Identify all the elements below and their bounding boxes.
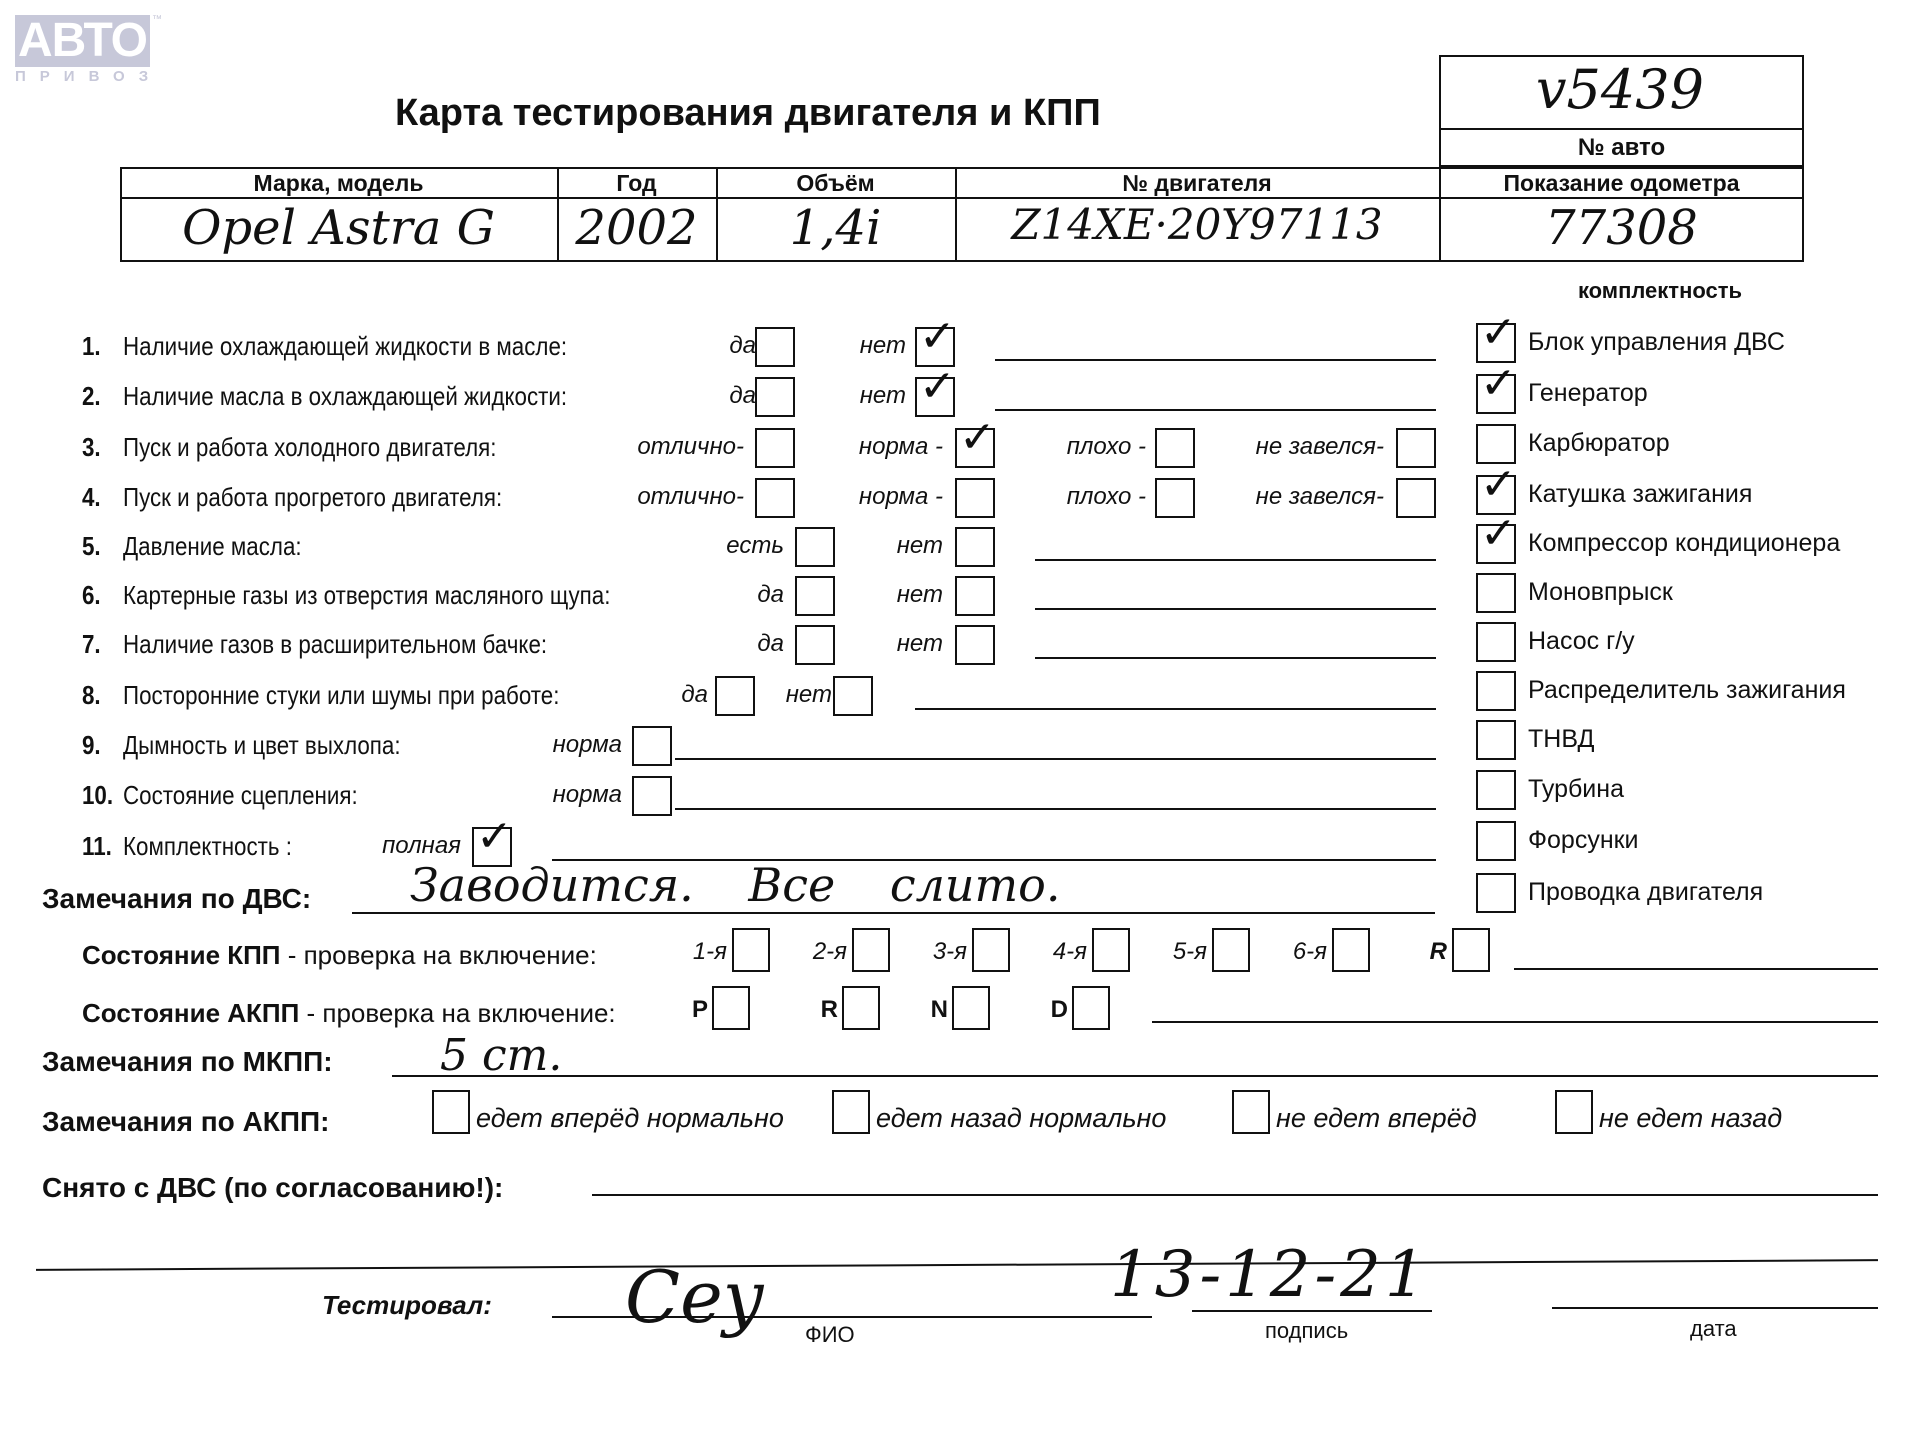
odometer-value[interactable]: 77308 (1439, 200, 1804, 256)
gear-label: 2-я (813, 938, 847, 966)
checklist-number: 1. (82, 331, 101, 362)
completeness-item-label: Форсунки (1528, 826, 1639, 855)
manual-remarks-line (392, 1075, 1878, 1077)
check-mark-icon: ✓ (1480, 362, 1517, 406)
checklist-option-checkbox[interactable] (955, 527, 995, 567)
gear-label: 3-я (933, 938, 967, 966)
checklist-notes-line[interactable] (1035, 608, 1436, 610)
gear-checkbox[interactable] (842, 986, 880, 1030)
gear-checkbox[interactable] (1092, 928, 1130, 972)
auto-remarks-label: Замечания по АКПП: (42, 1106, 329, 1138)
checklist-option-label: не завелся- (1256, 483, 1384, 511)
checklist-question: Наличие масла в охлаждающей жидкости: (123, 381, 567, 412)
gear-checkbox[interactable] (1332, 928, 1370, 972)
gear-label: 4-я (1053, 938, 1087, 966)
signature-label: подпись (1265, 1318, 1348, 1344)
completeness-checkbox[interactable] (1476, 821, 1516, 861)
checklist-option-label: отлично- (637, 483, 744, 511)
gear-checkbox[interactable] (852, 928, 890, 972)
checklist-question: Наличие охлаждающей жидкости в масле: (123, 331, 567, 362)
logo: АВТО (15, 15, 150, 67)
column-header-volume: Объём (716, 170, 955, 197)
engine-remarks-label: Замечания по ДВС: (42, 883, 311, 915)
check-mark-icon: ✓ (1480, 512, 1517, 556)
checklist-option-label: нет (786, 681, 832, 709)
checklist-option-checkbox[interactable]: ✓ (955, 428, 995, 468)
check-mark-icon: ✓ (1480, 463, 1517, 507)
auto-remark-checkbox[interactable] (1232, 1090, 1270, 1134)
manual-gearbox-label-rest: - проверка на включение: (281, 940, 597, 970)
completeness-checkbox[interactable] (1476, 573, 1516, 613)
check-mark-icon: ✓ (959, 416, 996, 460)
checklist-question: Посторонние стуки или шумы при работе: (123, 680, 559, 711)
gear-label: 5-я (1173, 938, 1207, 966)
checklist-option-label: плохо - (1067, 433, 1146, 461)
checklist-option-checkbox[interactable] (955, 478, 995, 518)
completeness-checkbox[interactable] (1476, 424, 1516, 464)
completeness-checkbox[interactable]: ✓ (1476, 374, 1516, 414)
auto-remark-checkbox[interactable] (432, 1090, 470, 1134)
checklist-option-label: нет (897, 581, 943, 609)
checklist-number: 2. (82, 381, 101, 412)
removed-line[interactable] (592, 1194, 1878, 1196)
completeness-checkbox[interactable]: ✓ (1476, 524, 1516, 564)
checklist-option-label: да (681, 681, 708, 709)
completeness-checkbox[interactable] (1476, 873, 1516, 913)
checklist-notes-line[interactable] (915, 708, 1436, 710)
checklist-option-label: норма (553, 781, 622, 809)
checklist-option-checkbox[interactable] (1396, 478, 1436, 518)
checklist-option-label: не завелся- (1256, 433, 1384, 461)
auto-remark-label: едет назад нормально (876, 1103, 1166, 1134)
model-value[interactable]: Opel Astra G (120, 200, 557, 256)
checklist-option-checkbox[interactable] (755, 428, 795, 468)
manual-remarks-value[interactable]: 5 ст. (440, 1030, 562, 1081)
car-number-value[interactable]: v5439 (1490, 58, 1750, 121)
checklist-notes-line[interactable] (1035, 657, 1436, 659)
checklist-option-label: нет (897, 630, 943, 658)
checklist-option-checkbox[interactable] (955, 576, 995, 616)
checklist-number: 5. (82, 531, 101, 562)
completeness-checkbox[interactable]: ✓ (1476, 323, 1516, 363)
checklist-option-label: полная (382, 832, 461, 860)
removed-line-2[interactable] (36, 1259, 1878, 1271)
auto-gearbox-label-rest: - проверка на включение: (299, 998, 615, 1028)
engine-remarks-value[interactable]: Заводится. Все слито. (410, 858, 1060, 912)
checklist-option-label: да (757, 630, 784, 658)
completeness-item-label: Проводка двигателя (1528, 878, 1763, 907)
logo-subtext: ПРИВОЗ (15, 68, 155, 85)
gear-label: D (1051, 996, 1068, 1024)
auto-remark-checkbox[interactable] (1555, 1090, 1593, 1134)
gear-checkbox[interactable] (1212, 928, 1250, 972)
checklist-number: 8. (82, 680, 101, 711)
divider (1439, 128, 1804, 130)
volume-value[interactable]: 1,4i (716, 200, 955, 256)
checklist-option-label: нет (860, 382, 906, 410)
engine-number-value[interactable]: Z14XE·20Y97113 (955, 200, 1439, 249)
page-title: Карта тестирования двигателя и КПП (395, 92, 1101, 135)
checklist-option-checkbox[interactable] (755, 327, 795, 367)
checklist-number: 6. (82, 580, 101, 611)
checklist-option-label: плохо - (1067, 483, 1146, 511)
completeness-checkbox[interactable] (1476, 770, 1516, 810)
checklist-option-checkbox[interactable] (833, 676, 873, 716)
checklist-option-checkbox[interactable] (715, 676, 755, 716)
checklist-option-label: да (757, 581, 784, 609)
gear-checkbox[interactable] (952, 986, 990, 1030)
checklist-option-checkbox[interactable] (955, 625, 995, 665)
gear-label: P (692, 996, 708, 1024)
checklist-option-checkbox[interactable] (795, 576, 835, 616)
check-mark-icon: ✓ (1480, 311, 1517, 355)
checklist-notes-line[interactable] (675, 808, 1436, 810)
checklist-notes-line[interactable] (1035, 559, 1436, 561)
tester-signature[interactable]: Сеу (625, 1255, 764, 1339)
checklist-number: 9. (82, 730, 101, 761)
date-line[interactable] (1552, 1307, 1878, 1309)
checklist-question: Пуск и работа холодного двигателя: (123, 432, 496, 463)
checklist-question: Картерные газы из отверстия масляного щу… (123, 580, 610, 611)
completeness-item-label: Генератор (1528, 379, 1648, 408)
auto-gearbox-label-bold: Состояние АКПП (82, 998, 299, 1028)
manual-remarks-label: Замечания по МКПП: (42, 1046, 333, 1078)
manual-gearbox-line (1514, 968, 1878, 970)
year-value[interactable]: 2002 (557, 200, 716, 256)
checklist-option-checkbox[interactable]: ✓ (915, 377, 955, 417)
checklist-option-label: нет (897, 532, 943, 560)
check-mark-icon: ✓ (476, 815, 513, 859)
checklist-option-label: есть (726, 532, 784, 560)
manual-gearbox-label: Состояние КПП - проверка на включение: (82, 940, 597, 971)
check-mark-icon: ✓ (919, 365, 956, 409)
gear-label: R (821, 996, 838, 1024)
checklist-question: Пуск и работа прогретого двигателя: (123, 482, 502, 513)
auto-gearbox-line (1152, 1021, 1878, 1023)
gear-checkbox[interactable] (1452, 928, 1490, 972)
completeness-item-label: ТНВД (1528, 725, 1594, 754)
column-header-odometer: Показание одометра (1439, 170, 1804, 197)
checklist-option-label: норма (553, 731, 622, 759)
date-label: дата (1690, 1316, 1737, 1342)
completeness-item-label: Насос г/у (1528, 627, 1635, 656)
checklist-option-checkbox[interactable] (755, 377, 795, 417)
car-number-label: № авто (1439, 134, 1804, 162)
divider (120, 197, 1804, 199)
completeness-item-label: Распределитель зажигания (1528, 676, 1846, 705)
checklist-number: 3. (82, 432, 101, 463)
checklist-option-checkbox[interactable] (1155, 478, 1195, 518)
checklist-option-checkbox[interactable] (632, 776, 672, 816)
auto-remark-label: едет вперёд нормально (476, 1103, 784, 1134)
checklist-question: Давление масла: (123, 531, 302, 562)
completeness-checkbox[interactable] (1476, 671, 1516, 711)
fio-label: ФИО (805, 1322, 855, 1348)
gear-label: R (1430, 938, 1447, 966)
removed-label: Снято с ДВС (по согласованию!): (42, 1172, 503, 1204)
checklist-number: 11. (82, 831, 112, 862)
gear-checkbox[interactable] (972, 928, 1010, 972)
auto-gearbox-label: Состояние АКПП - проверка на включение: (82, 998, 616, 1029)
completeness-item-label: Катушка зажигания (1528, 480, 1752, 509)
checklist-option-label: да (729, 382, 756, 410)
gear-checkbox[interactable] (1072, 986, 1110, 1030)
checklist-number: 7. (82, 629, 101, 660)
completeness-item-label: Карбюратор (1528, 429, 1670, 458)
checklist-option-label: отлично- (637, 433, 744, 461)
check-mark-icon: ✓ (919, 315, 956, 359)
column-header-year: Год (557, 170, 716, 197)
checklist-option-checkbox[interactable] (795, 527, 835, 567)
gear-label: 1-я (693, 938, 727, 966)
logo-trademark: ™ (152, 14, 162, 25)
manual-gearbox-label-bold: Состояние КПП (82, 940, 281, 970)
checklist-option-label: да (729, 332, 756, 360)
checklist-option-label: норма - (859, 483, 943, 511)
checklist-question: Комплектность : (123, 831, 292, 862)
auto-remark-label: не едет назад (1599, 1103, 1782, 1134)
checklist-option-label: нет (860, 332, 906, 360)
checklist-option-checkbox[interactable] (1155, 428, 1195, 468)
completeness-item-label: Турбина (1528, 775, 1624, 804)
gear-checkbox[interactable] (712, 986, 750, 1030)
checklist-option-checkbox[interactable] (632, 726, 672, 766)
auto-remark-label: не едет вперёд (1276, 1103, 1477, 1134)
completeness-checkbox[interactable] (1476, 622, 1516, 662)
checklist-question: Состояние сцепления: (123, 780, 358, 811)
checklist-option-label: норма - (859, 433, 943, 461)
auto-remark-checkbox[interactable] (832, 1090, 870, 1134)
checklist-notes-line[interactable] (995, 359, 1436, 361)
completeness-checkbox[interactable] (1476, 720, 1516, 760)
checklist-option-checkbox[interactable] (755, 478, 795, 518)
checklist-question: Дымность и цвет выхлопа: (123, 730, 401, 761)
test-date-value[interactable]: 13-12-21 (1110, 1238, 1430, 1312)
tester-label: Тестировал: (322, 1290, 492, 1321)
checklist-notes-line[interactable] (995, 409, 1436, 411)
column-header-model: Марка, модель (120, 170, 557, 197)
checklist-number: 10. (82, 780, 113, 811)
checklist-number: 4. (82, 482, 101, 513)
checklist-option-checkbox[interactable] (1396, 428, 1436, 468)
checklist-question: Наличие газов в расширительном бачке: (123, 629, 547, 660)
gear-label: N (931, 996, 948, 1024)
gear-label: 6-я (1293, 938, 1327, 966)
column-header-engine-number: № двигателя (955, 170, 1439, 197)
checklist-option-checkbox[interactable] (795, 625, 835, 665)
checklist-notes-line[interactable] (675, 758, 1436, 760)
gear-checkbox[interactable] (732, 928, 770, 972)
completeness-item-label: Компрессор кондиционера (1528, 529, 1840, 558)
engine-remarks-line (352, 912, 1435, 914)
completeness-heading: комплектность (1560, 278, 1760, 304)
completeness-item-label: Моновпрыск (1528, 578, 1673, 607)
completeness-item-label: Блок управления ДВС (1528, 328, 1785, 357)
